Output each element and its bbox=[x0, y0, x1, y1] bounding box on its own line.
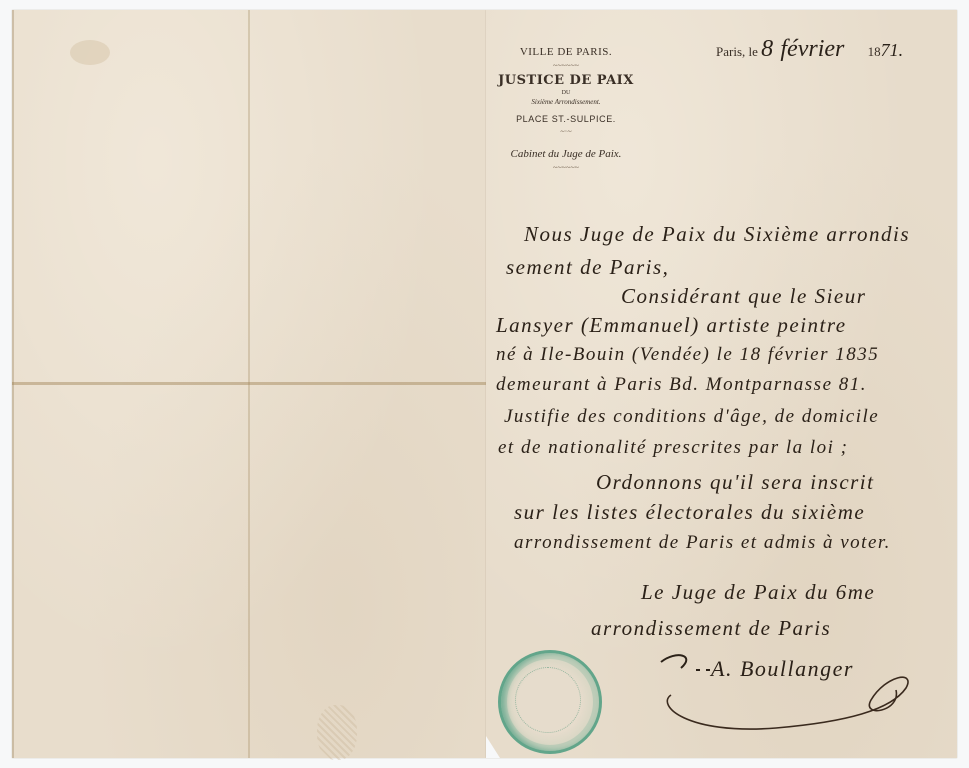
stamp-impression-ghost bbox=[317, 705, 357, 760]
stamp-inner-ring bbox=[515, 667, 581, 733]
ornament-divider: ~·~ bbox=[491, 127, 641, 136]
letterhead-arrondissement: Sixième Arrondissement. bbox=[491, 98, 641, 106]
date-month: février bbox=[780, 36, 844, 62]
body-line: sement de Paris, bbox=[506, 255, 669, 280]
closing-line: arrondissement de Paris bbox=[591, 616, 831, 641]
signature-name: A. Boullanger bbox=[711, 656, 854, 682]
horizontal-fold-line bbox=[12, 382, 486, 385]
body-line: Lansyer (Emmanuel) artiste peintre bbox=[496, 313, 847, 338]
letterhead-office: JUSTICE DE PAIX bbox=[491, 73, 641, 88]
official-stamp bbox=[498, 650, 602, 754]
body-line: et de nationalité prescrites par la loi … bbox=[498, 437, 849, 459]
ornament-divider: ~~~~~~ bbox=[491, 163, 641, 172]
letterhead-cabinet: Cabinet du Juge de Paix. bbox=[491, 148, 641, 160]
torn-corner bbox=[486, 736, 500, 758]
body-line: né à Ile-Bouin (Vendée) le 18 février 18… bbox=[496, 344, 879, 366]
body-line: Nous Juge de Paix du Sixième arrondis bbox=[524, 222, 910, 247]
body-line: demeurant à Paris Bd. Montparnasse 81. bbox=[496, 374, 867, 396]
dateline: Paris, le 8 février 1871. bbox=[716, 36, 903, 63]
letterhead: VILLE DE PARIS. ~~~~~~ JUSTICE DE PAIX D… bbox=[491, 46, 641, 175]
letterhead-city: VILLE DE PARIS. bbox=[491, 46, 641, 58]
right-page: VILLE DE PARIS. ~~~~~~ JUSTICE DE PAIX D… bbox=[486, 10, 957, 758]
letterhead-du: DU bbox=[491, 90, 641, 96]
body-line: Ordonnons qu'il sera inscrit bbox=[596, 470, 874, 495]
closing-line: Le Juge de Paix du 6me bbox=[641, 580, 875, 605]
date-year-printed: 18 bbox=[868, 44, 881, 59]
letterhead-address: PLACE ST.-SULPICE. bbox=[491, 114, 641, 124]
date-day: 8 bbox=[761, 36, 773, 62]
date-year-handwritten: 71. bbox=[881, 40, 904, 60]
date-prefix: Paris, le bbox=[716, 44, 758, 59]
body-line: Considérant que le Sieur bbox=[621, 284, 866, 309]
body-line: sur les listes électorales du sixième bbox=[514, 500, 865, 525]
body-line: Justifie des conditions d'âge, de domici… bbox=[504, 406, 879, 428]
ornament-divider: ~~~~~~ bbox=[491, 61, 641, 70]
body-line: arrondissement de Paris et admis à voter… bbox=[514, 532, 891, 554]
paper-stain bbox=[70, 40, 110, 65]
left-page bbox=[12, 10, 486, 758]
